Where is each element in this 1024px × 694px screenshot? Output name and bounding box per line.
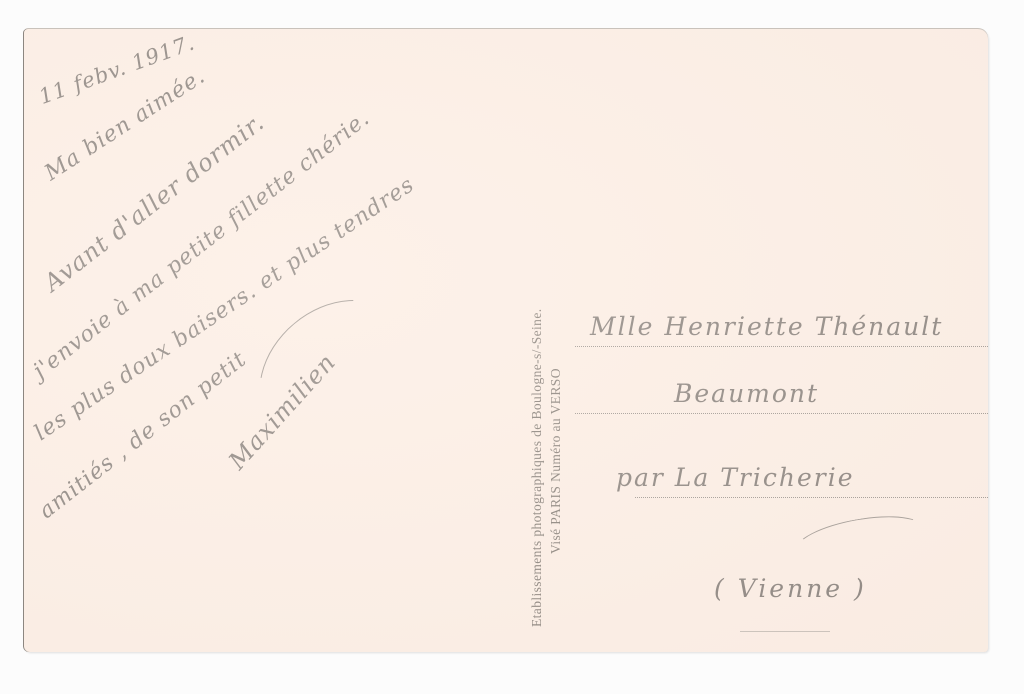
postcard-back: 11 febv. 1917. Ma bien aimée. Avant d'al… — [24, 29, 988, 652]
address-line-3 — [635, 497, 988, 498]
imprint-line-1: Etablissements photographiques de Boulog… — [529, 309, 545, 628]
address-line-1 — [575, 346, 988, 347]
address-department: ( Vienne ) — [714, 574, 867, 603]
address-line-2 — [575, 413, 988, 414]
address-town: Beaumont — [674, 379, 819, 408]
address-recipient: Mlle Henriette Thénault — [590, 312, 943, 341]
imprint-line-2: Visé PARIS Numéro au VERSO — [548, 368, 564, 554]
department-flourish — [791, 508, 928, 572]
address-via: par La Tricherie — [616, 463, 855, 492]
department-underline — [740, 631, 830, 632]
scan-background: 11 febv. 1917. Ma bien aimée. Avant d'al… — [0, 0, 1024, 694]
